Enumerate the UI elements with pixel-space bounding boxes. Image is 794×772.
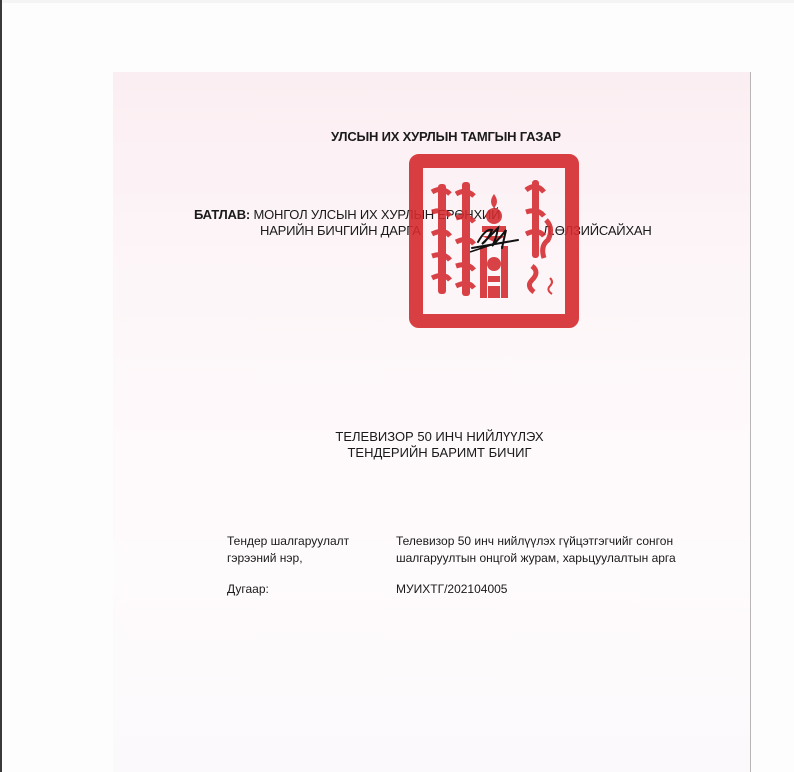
tender-name-label: Тендер шалгаруулалт гэрээний нэр,	[227, 533, 349, 567]
signer-name: Л.ӨЛЗИЙСАЙХАН	[543, 223, 652, 238]
approver-position-line-2: НАРИЙН БИЧГИЙН ДАРГА	[260, 223, 421, 238]
state-seal-stamp-icon	[408, 154, 581, 330]
tender-name-value: Телевизор 50 инч нийлүүлэх гүйцэтгэгчийг…	[396, 533, 676, 567]
tender-name-value-line-2: шалгаруултын онцгой журам, харьцуулалтын…	[396, 550, 676, 567]
tender-name-label-line-1: Тендер шалгаруулалт	[227, 533, 349, 550]
scanned-document-page: УЛСЫН ИХ ХУРЛЫН ТАМГЫН ГАЗАР БАТЛАВ: МОН…	[113, 72, 751, 772]
tender-number-label: Дугаар:	[227, 581, 269, 598]
document-title-line-2: ТЕНДЕРИЙН БАРИМТ БИЧИГ	[121, 445, 751, 460]
tender-name-value-line-1: Телевизор 50 инч нийлүүлэх гүйцэтгэгчийг…	[396, 533, 676, 550]
approval-line-1: БАТЛАВ: МОНГОЛ УЛСЫН ИХ ХУРЛЫН ЕРӨНХИЙ	[194, 207, 500, 222]
approval-label: БАТЛАВ:	[194, 207, 250, 222]
organization-heading: УЛСЫН ИХ ХУРЛЫН ТАМГЫН ГАЗАР	[331, 129, 561, 144]
document-title-line-1: ТЕЛЕВИЗОР 50 ИНЧ НИЙЛҮҮЛЭХ	[121, 429, 751, 444]
viewer-top-strip	[2, 0, 794, 3]
approver-position-line-1: МОНГОЛ УЛСЫН ИХ ХУРЛЫН ЕРӨНХИЙ	[253, 207, 500, 222]
handwritten-signature-icon	[468, 222, 523, 254]
tender-number-value: МУИХТГ/202104005	[396, 581, 507, 598]
document-viewer: УЛСЫН ИХ ХУРЛЫН ТАМГЫН ГАЗАР БАТЛАВ: МОН…	[0, 0, 794, 772]
tender-name-label-line-2: гэрээний нэр,	[227, 550, 349, 567]
